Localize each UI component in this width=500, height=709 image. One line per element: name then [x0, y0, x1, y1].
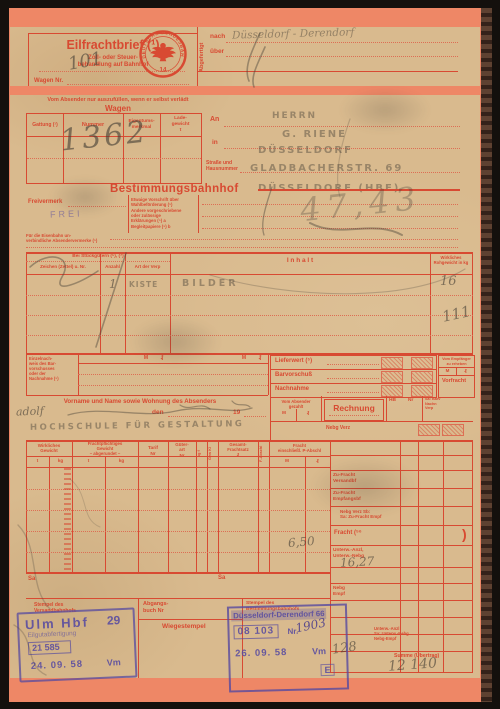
sub-kg: kg [49, 458, 72, 463]
col-gewkl: Gew Kl [208, 442, 213, 466]
rule [226, 56, 458, 57]
route-note: Etwaige Vorschrift über Wahlbeförderung … [131, 197, 197, 207]
rule [327, 364, 379, 365]
eagle-icon [150, 43, 176, 61]
col-frachtpflichtiges: Frachtpflichtiges Gewicht – abgerundet – [72, 441, 138, 456]
mark-label: M [274, 410, 294, 415]
nachnahme-label: Nachnahme [275, 386, 309, 393]
grid-line [26, 489, 330, 490]
abgefertigt-label: Abgefertigt [199, 30, 206, 72]
sub-kg: kg [105, 458, 138, 463]
col-fracht: Fracht einschließl. P-Abschl [269, 443, 330, 453]
grid-line [268, 353, 269, 395]
fracht-paren-label: Fracht (⁵⁶ [334, 530, 362, 537]
value-declaration-box: Lieferwert (⁵) Barvorschuß Nachnahme [270, 355, 437, 398]
grid-line [78, 374, 268, 375]
sub-t: t [72, 458, 105, 463]
consignee-line1: HERRN [272, 111, 317, 121]
abgangsbuch-label: Abgangs- buch Nr [143, 601, 168, 614]
empfaenger-box: Vom Empfänger zu erheben M ₰ Vorfracht [438, 355, 475, 398]
mark-label: M [439, 368, 456, 373]
smudge [130, 317, 220, 367]
unterwegs-value: 16,27 [340, 554, 375, 570]
ulm-date: 24. 09. 58 [31, 659, 84, 672]
fracht-paren-close: ) [462, 526, 467, 543]
hatched-cell [381, 371, 403, 383]
bundesbahn-emblem: DEUTSCHE BUNDESBAHN 14 [138, 29, 188, 79]
grid-line [330, 545, 473, 546]
year-label: 19 [233, 409, 240, 417]
smudge [340, 87, 430, 133]
hatched-cell [442, 424, 464, 436]
sa-label: Sa [28, 576, 35, 583]
perforated-edge [481, 8, 492, 702]
pfennig-label: ₰ [305, 458, 330, 463]
ulm-serial: 21 585 [28, 640, 71, 655]
grid-line [26, 552, 330, 553]
vorfracht-label: Vorfracht [442, 378, 466, 385]
rule [26, 572, 330, 574]
consignee-line4: GLADBACHERSTR. 69 [250, 163, 403, 174]
gewicht-value: 16 [440, 274, 457, 289]
grid-line [330, 583, 473, 584]
ulm-station-stamp: Ulm Hbf 29 Eilgutabfertigung 21 585 24. … [17, 607, 138, 682]
grid-line [26, 531, 330, 532]
rule [197, 27, 198, 71]
in-label: in [212, 139, 218, 147]
remarks-note: Für die Eisenbahn un- verbindliche Absen… [26, 233, 97, 243]
rule [128, 195, 129, 233]
dd-time: Vm [312, 646, 326, 656]
grid-line [78, 385, 268, 386]
perforated-column [64, 468, 71, 572]
wagen-nr-label: Wagen Nr. [34, 78, 63, 85]
verpackung-value: KISTE [129, 280, 158, 289]
wiege-label: Wiegestempel [162, 623, 206, 631]
col-rohgewicht: Wirkliches Rohgewicht in kg [430, 255, 472, 265]
rechnung-label: Rechnung [325, 403, 383, 413]
dd-mark: E [320, 664, 334, 676]
grid-line [26, 274, 473, 275]
ulm-time: Vm [107, 657, 121, 668]
declaration-note: Andere vorgeschriebene oder zulässige Er… [131, 208, 197, 223]
rule [168, 416, 230, 417]
nebg-verz-label: Nebg Verz [326, 425, 350, 431]
grid-line [26, 335, 473, 336]
grid-line [105, 456, 106, 572]
pfennig-label: ₰ [457, 368, 474, 373]
rule [327, 392, 379, 393]
pfennig-label: ₰ [252, 355, 268, 361]
gewicht-value2: 111 [440, 302, 472, 326]
col-kgf: kg f [197, 442, 202, 466]
rule [244, 416, 266, 417]
rule [198, 195, 199, 233]
sender-name-value: adolf [16, 405, 44, 419]
ulm-office: Eilgutabfertigung [27, 630, 76, 639]
smudge [50, 177, 120, 217]
ulm-number: 29 [107, 613, 121, 628]
rechnung-box: Rechnung [324, 399, 384, 421]
inhalt-value: BILDER [182, 278, 239, 289]
col-wirkliches: Wirkliches Gewicht [26, 443, 72, 454]
rule [110, 239, 458, 240]
grid-line [330, 617, 473, 618]
dd-date: 26. 09. 58 [235, 647, 288, 659]
col-inhalt: I n h a l t [170, 257, 430, 265]
hatched-cell [381, 385, 403, 397]
nebg-empf-label: Nebg Empf [333, 586, 345, 598]
anzahl-value: 1 [109, 277, 117, 291]
rule [456, 367, 457, 375]
rule [271, 369, 436, 370]
street-label: Straße und Hausnummer [206, 160, 238, 172]
grid-line [418, 440, 419, 672]
grid-line [27, 158, 201, 159]
consignee-line3: DÜSSELDORF [258, 145, 353, 156]
nr-label: Nr [408, 398, 413, 404]
ueber-label: über [210, 48, 224, 56]
hb-label: HB [389, 398, 396, 404]
rule [329, 415, 379, 416]
summe-value: 12 140 [388, 655, 438, 674]
col-fabschl: F-Abschl [259, 441, 264, 467]
hatched-cell [381, 357, 403, 369]
photo-background: Eilfrachtbrief (¹) Zoll- oder Steuer- be… [0, 0, 500, 709]
grid-line [26, 295, 473, 296]
fracht-value: 6,50 [287, 534, 315, 550]
grid-line [26, 261, 170, 262]
grid-line [443, 440, 444, 672]
smudge [310, 457, 420, 517]
dd-serial: 08 103 [233, 624, 278, 639]
nach-value: Düsseldorf - Derendorf [232, 26, 355, 41]
rule [226, 42, 458, 43]
unterw-stack-label: Unterw.-Anzl Sa: Unterw.-Nebg Nebg-Empf [374, 626, 409, 641]
grid-line [422, 396, 423, 421]
grid-line [26, 510, 330, 511]
rule [138, 598, 139, 678]
grid-line [49, 456, 50, 572]
col-zeichen: Zeichen (Zettel) u. Nr. [26, 264, 100, 269]
rule [26, 395, 268, 396]
rule [224, 126, 460, 127]
papers-note: Begleitpapiere (⁵) b [131, 224, 197, 229]
date-label: den [152, 409, 164, 417]
einzelnachweis-label: Einzelnach- weis des Bar- vorschusses od… [29, 356, 59, 381]
hatched-cell [418, 424, 440, 436]
grid-line [330, 600, 473, 601]
rule [202, 228, 458, 229]
grid-line [270, 396, 271, 440]
rule [26, 598, 330, 599]
grid-line [386, 396, 387, 421]
rule [439, 375, 474, 376]
grid-line [26, 467, 330, 468]
emblem-number: 14 [160, 67, 167, 74]
goods-group-header: Bei Stückgütern (⁵), (⁷) [26, 254, 170, 260]
wagen-fill-note: Vom Absender nur auszufüllen, wenn er se… [28, 97, 208, 104]
barvorschuss-label: Barvorschuß [275, 372, 312, 379]
mark-label: M [236, 355, 252, 361]
sub-t: t [26, 458, 49, 463]
grid-line [270, 421, 473, 422]
rule [197, 71, 458, 72]
destination-title: Bestimmungsbahnhof [110, 183, 239, 197]
grid-line [26, 456, 330, 457]
waybill-card: Eilfrachtbrief (¹) Zoll- oder Steuer- be… [9, 8, 492, 702]
duesseldorf-station-stamp: Düsseldorf-Derendorf 66 08 103 Nr. 26. 0… [227, 603, 349, 692]
grid-line [472, 440, 473, 672]
sender-caption: Vorname und Name sowie Wohnung des Absen… [60, 398, 220, 405]
grid-line [330, 455, 473, 456]
consignee-line2: G. RIENE [282, 129, 347, 140]
form-paper: Eilfrachtbrief (¹) Zoll- oder Steuer- be… [10, 27, 480, 678]
sa-stack-note: Sa: Barv Nachn Verp [425, 397, 440, 411]
sa-label: Sa [218, 575, 225, 582]
col-verpackung: Art der Verp [125, 264, 170, 269]
sender-school-value: HOCHSCHULE FÜR GESTALTUNG [30, 419, 245, 433]
grid-line [430, 252, 431, 353]
rule [67, 84, 189, 85]
grid-line [26, 353, 27, 395]
grid-line [296, 409, 297, 421]
grid-line [330, 525, 473, 526]
grid-line [305, 456, 306, 572]
nach-label: nach [210, 33, 225, 41]
col-ladegewicht: Lade- gewicht t [160, 116, 201, 133]
rule [26, 247, 458, 248]
col-anzahl: Anzahl [100, 264, 125, 269]
hatched-cell [411, 371, 433, 383]
mark-label: M [269, 458, 305, 463]
pfennig-label: ₰ [298, 410, 318, 415]
rule [327, 378, 379, 379]
grid-line [26, 315, 473, 316]
absender-gezahlt-note: Vom Absender gezahlt [272, 399, 320, 409]
rule [271, 383, 436, 384]
ulm-station: Ulm Hbf [25, 614, 89, 632]
empfaenger-note: Vom Empfänger zu erheben [439, 357, 474, 366]
hatched-cell [411, 357, 433, 369]
lieferwert-label: Lieferwert (⁵) [275, 358, 312, 365]
grid-line [321, 396, 322, 421]
grid-line [472, 252, 473, 353]
an-label: An [210, 116, 219, 124]
